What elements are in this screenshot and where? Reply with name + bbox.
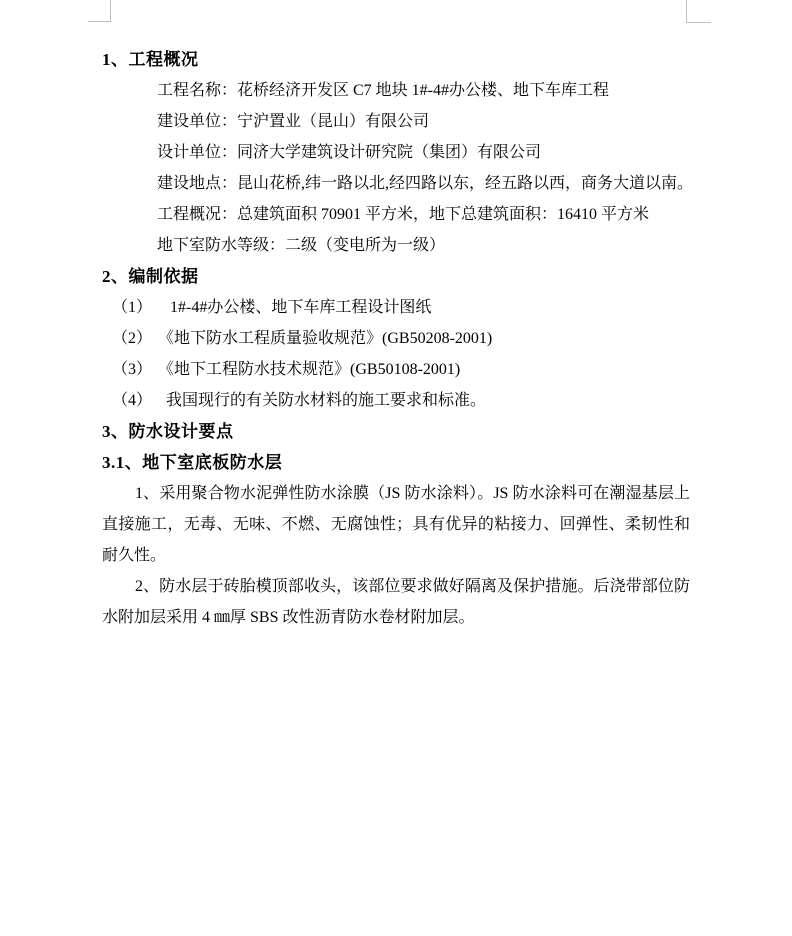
section-3-heading: 3、防水设计要点 xyxy=(102,416,690,447)
reference-item-number: （1） xyxy=(112,299,152,316)
reference-item-number: （4） xyxy=(112,392,152,409)
section-1-heading: 1、工程概况 xyxy=(102,44,690,75)
reference-item-2: （2）《地下防水工程质量验收规范》(GB50208-2001) xyxy=(102,323,690,354)
construction-unit-line: 建设单位：宁沪置业（昆山）有限公司 xyxy=(102,106,690,137)
location-line: 建设地点：昆山花桥,纬一路以北,经四路以东，经五路以西，商务大道以南。 xyxy=(102,168,690,199)
section-2-heading: 2、编制依据 xyxy=(102,261,690,292)
reference-item-text: 《地下防水工程质量验收规范》(GB50208-2001) xyxy=(166,330,492,347)
margin-crop-mark-top-left xyxy=(88,0,111,22)
reference-item-text: 1#-4#办公楼、地下车库工程设计图纸 xyxy=(166,299,431,316)
paragraph-sbs-layer: 2、防水层于砖胎模顶部收头，该部位要求做好隔离及保护措施。后浇带部位防水附加层采… xyxy=(102,571,690,633)
margin-crop-mark-top-right xyxy=(686,0,711,23)
reference-item-1: （1） 1#-4#办公楼、地下车库工程设计图纸 xyxy=(102,292,690,323)
paragraph-js-coating: 1、采用聚合物水泥弹性防水涂膜（JS 防水涂料）。JS 防水涂料可在潮湿基层上直… xyxy=(102,478,690,571)
reference-item-text: 我国现行的有关防水材料的施工要求和标准。 xyxy=(166,392,486,409)
waterproof-grade-line: 地下室防水等级：二级（变电所为一级） xyxy=(102,230,690,261)
design-unit-line: 设计单位：同济大学建筑设计研究院（集团）有限公司 xyxy=(102,137,690,168)
reference-item-number: （2） xyxy=(112,330,152,347)
reference-item-3: （3）《地下工程防水技术规范》(GB50108-2001) xyxy=(102,354,690,385)
project-name-line: 工程名称：花桥经济开发区 C7 地块 1#-4#办公楼、地下车库工程 xyxy=(102,75,690,106)
overview-area-line: 工程概况：总建筑面积 70901 平方米，地下总建筑面积：16410 平方米 xyxy=(102,199,690,230)
reference-item-text: 《地下工程防水技术规范》(GB50108-2001) xyxy=(166,361,460,378)
reference-item-number: （3） xyxy=(112,361,152,378)
document-page: 1、工程概况 工程名称：花桥经济开发区 C7 地块 1#-4#办公楼、地下车库工… xyxy=(0,0,792,936)
reference-item-4: （4）我国现行的有关防水材料的施工要求和标准。 xyxy=(102,385,690,416)
document-body: 1、工程概况 工程名称：花桥经济开发区 C7 地块 1#-4#办公楼、地下车库工… xyxy=(102,44,690,633)
section-3-1-subheading: 3.1、地下室底板防水层 xyxy=(102,447,690,478)
